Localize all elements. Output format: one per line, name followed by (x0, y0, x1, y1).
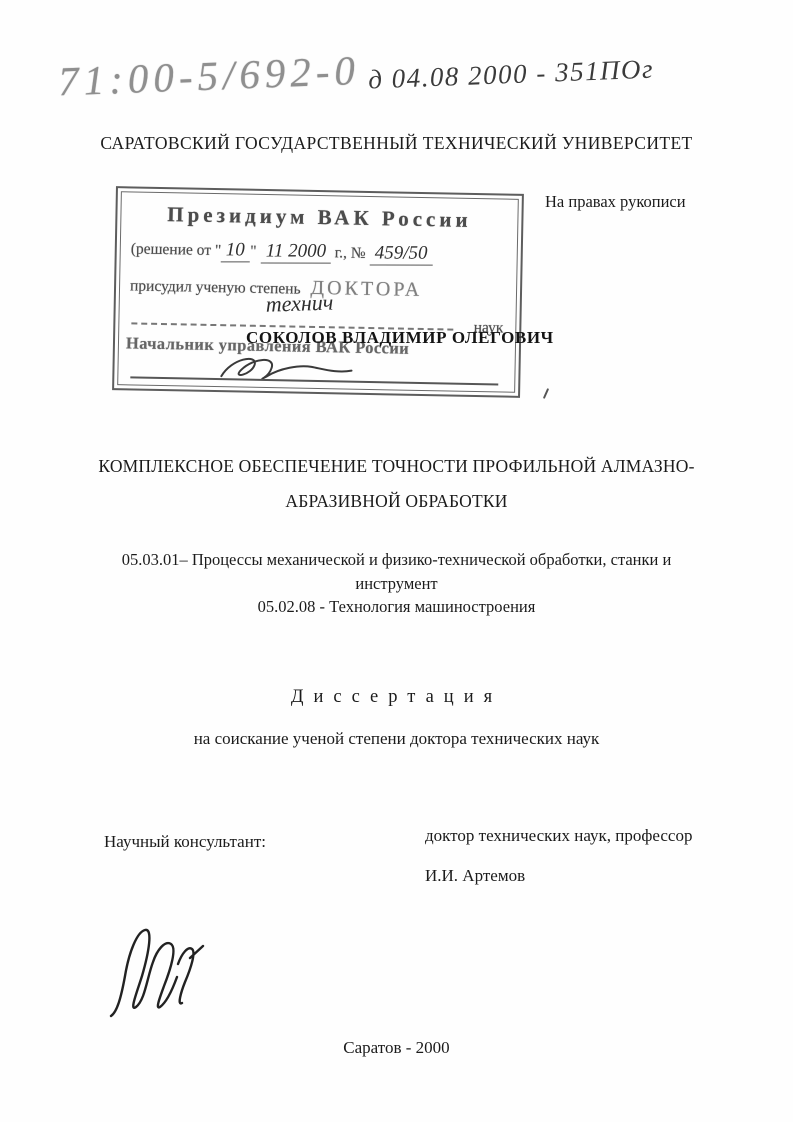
speciality-block: 05.03.01– Процессы механической и физико… (0, 548, 793, 619)
university-header: САРАТОВСКИЙ ГОСУДАРСТВЕННЫЙ ТЕХНИЧЕСКИЙ … (0, 133, 793, 154)
dissertation-word: Диссертация (0, 687, 793, 708)
dissertation-title-line2: АБРАЗИВНОЙ ОБРАБОТКИ (0, 484, 793, 519)
consultant-signature (95, 920, 215, 1025)
speciality-line2: инструмент (0, 572, 793, 596)
consultant-degree: доктор технических наук, профессор (425, 826, 692, 846)
consultant-label: Научный консультант: (104, 832, 266, 852)
stamp-title: Президиум ВАК России (121, 201, 517, 234)
stamp-handwritten-month-year: 11 2000 (260, 241, 330, 264)
speciality-line3: 05.02.08 - Технология машиностроения (0, 595, 793, 619)
stamp-inner-border: Президиум ВАК России (решение от "10" 11… (117, 191, 519, 393)
stamp-decision-prefix: (решение от " (131, 240, 222, 259)
city-year-line: Саратов - 2000 (0, 1038, 793, 1058)
speciality-line1: 05.03.01– Процессы механической и физико… (0, 548, 793, 572)
stamp-decision-line: (решение от "10" 11 2000 г., № 459/50 (131, 237, 433, 266)
author-name: СОКОЛОВ ВЛАДИМИР ОЛЕГОВИЧ (246, 328, 554, 348)
handwritten-pen-number: д 04.08 2000 - 351ПОг (368, 54, 655, 95)
stray-pen-mark (543, 388, 549, 399)
dissertation-title-line1: КОМПЛЕКСНОЕ ОБЕСПЕЧЕНИЕ ТОЧНОСТИ ПРОФИЛЬ… (0, 449, 793, 484)
vak-approval-stamp: Президиум ВАК России (решение от "10" 11… (112, 186, 524, 398)
consultant-name: И.И. Артемов (425, 866, 525, 886)
dissertation-title: КОМПЛЕКСНОЕ ОБЕСПЕЧЕНИЕ ТОЧНОСТИ ПРОФИЛЬ… (0, 449, 793, 519)
stamp-number-label: г., № (334, 244, 365, 262)
stamp-handwritten-branch: технич (265, 290, 333, 318)
stamp-handwritten-day: 10 (221, 239, 250, 262)
stamp-handwritten-number: 459/50 (370, 243, 433, 266)
dissertation-title-page: 71:00-5/692-0 д 04.08 2000 - 351ПОг САРА… (0, 0, 793, 1122)
handwritten-pencil-number: 71:00-5/692-0 (57, 47, 360, 105)
manuscript-rights-note: На правах рукописи (545, 192, 686, 212)
handwritten-catalog-line: 71:00-5/692-0 д 04.08 2000 - 351ПОг (57, 35, 654, 106)
stamp-close-quote: " (250, 243, 257, 260)
dissertation-subtitle: на соискание ученой степени доктора техн… (0, 729, 793, 749)
